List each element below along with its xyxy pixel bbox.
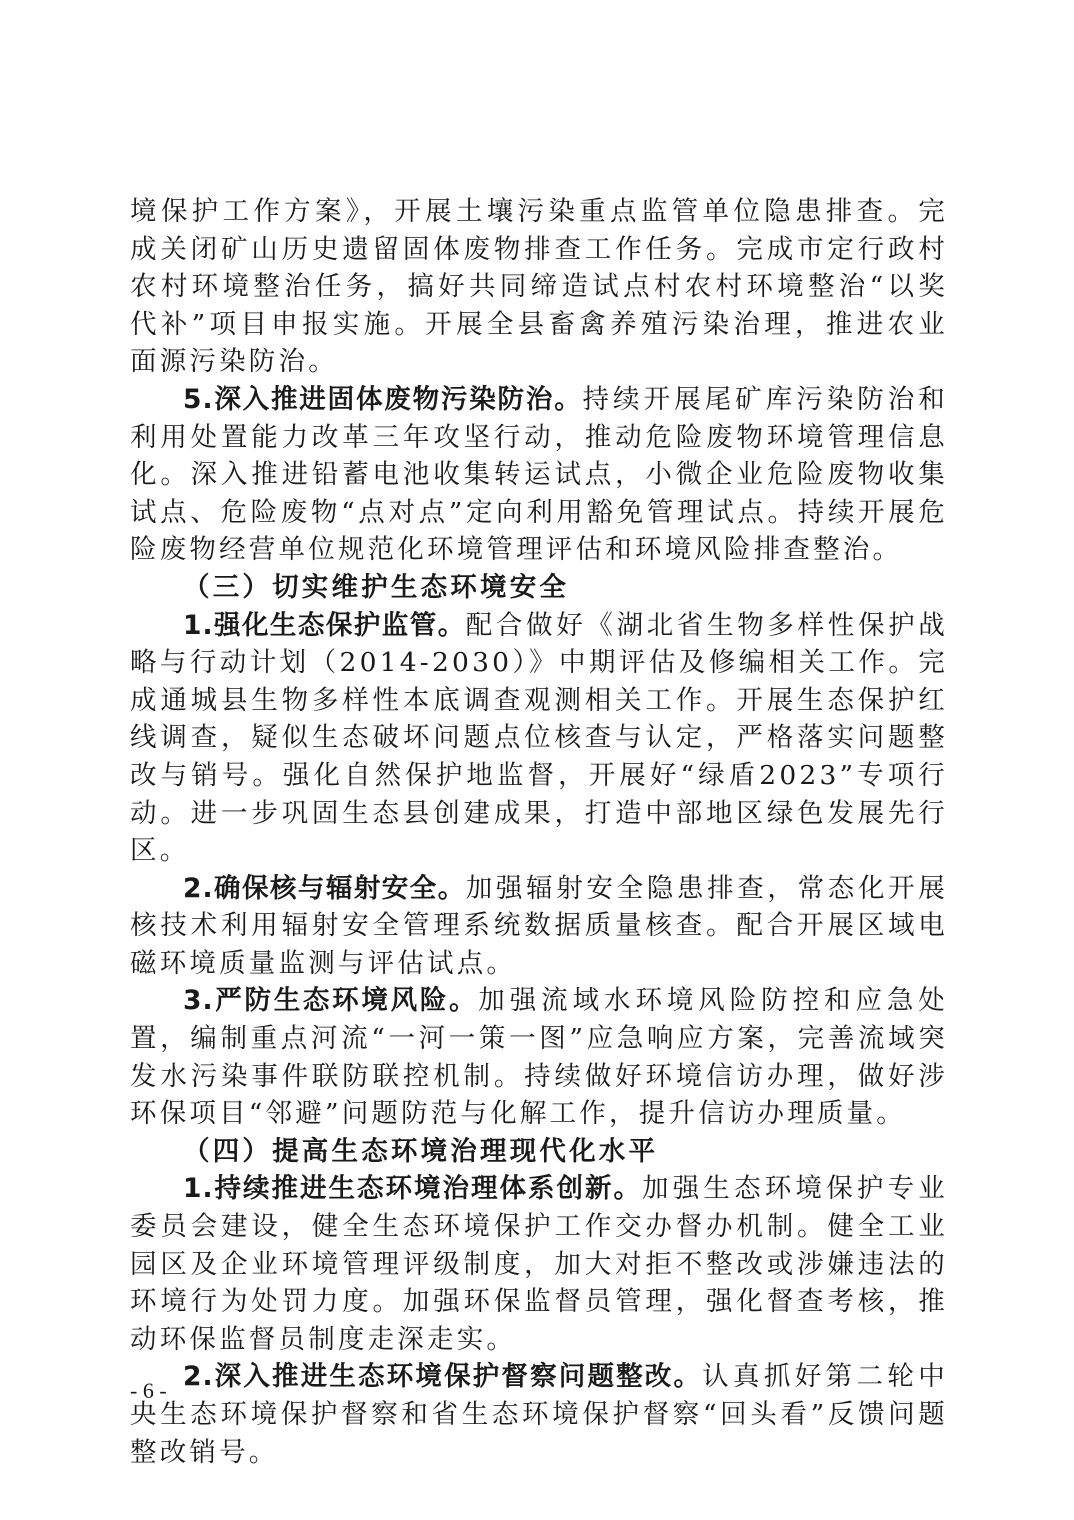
- section-heading-3: （三）切实维护生态环境安全: [130, 569, 948, 607]
- heading-text: （四）提高生态环境治理现代化水平: [183, 1136, 658, 1167]
- heading-text: （三）切实维护生态环境安全: [183, 572, 569, 603]
- body-text: 境保护工作方案》，开展土壤污染重点监管单位隐患排查。完成关闭矿山历史遗留固体废物…: [130, 193, 948, 1471]
- paragraph-environmental-risk: 3.严防生态环境风险。加强流域水环境风险防控和应急处置，编制重点河流“一河一策一…: [130, 982, 948, 1132]
- paragraph-lead: 5.深入推进固体废物污染防治。: [183, 384, 583, 415]
- section-heading-4: （四）提高生态环境治理现代化水平: [130, 1133, 948, 1171]
- paragraph-lead: 1.持续推进生态环境治理体系创新。: [183, 1173, 642, 1204]
- paragraph-lead: 2.确保核与辐射安全。: [183, 873, 466, 904]
- paragraph-text: 境保护工作方案》，开展土壤污染重点监管单位隐患排查。完成关闭矿山历史遗留固体废物…: [130, 196, 948, 377]
- paragraph-lead: 3.严防生态环境风险。: [183, 985, 478, 1016]
- paragraph-text: 配合做好《湖北省生物多样性保护战略与行动计划（2014-2030）》中期评估及修…: [130, 610, 948, 867]
- paragraph-lead: 2.深入推进生态环境保护督察问题整改。: [183, 1361, 702, 1392]
- paragraph-governance-innovation: 1.持续推进生态环境治理体系创新。加强生态环境保护专业委员会建设，健全生态环境保…: [130, 1170, 948, 1358]
- paragraph-ecological-supervision: 1.强化生态保护监管。配合做好《湖北省生物多样性保护战略与行动计划（2014-2…: [130, 607, 948, 870]
- document-page: 境保护工作方案》，开展土壤污染重点监管单位隐患排查。完成关闭矿山历史遗留固体废物…: [0, 0, 1074, 1520]
- paragraph-solid-waste: 5.深入推进固体废物污染防治。持续开展尾矿库污染防治和利用处置能力改革三年攻坚行…: [130, 381, 948, 569]
- paragraph-nuclear-safety: 2.确保核与辐射安全。加强辐射安全隐患排查，常态化开展核技术利用辐射安全管理系统…: [130, 870, 948, 983]
- paragraph-lead: 1.强化生态保护监管。: [183, 610, 466, 641]
- paragraph-inspection-rectification: 2.深入推进生态环境保护督察问题整改。认真抓好第二轮中央生态环境保护督察和省生态…: [130, 1358, 948, 1471]
- page-number: - 6 -: [130, 1378, 167, 1404]
- paragraph-continued: 境保护工作方案》，开展土壤污染重点监管单位隐患排查。完成关闭矿山历史遗留固体废物…: [130, 193, 948, 381]
